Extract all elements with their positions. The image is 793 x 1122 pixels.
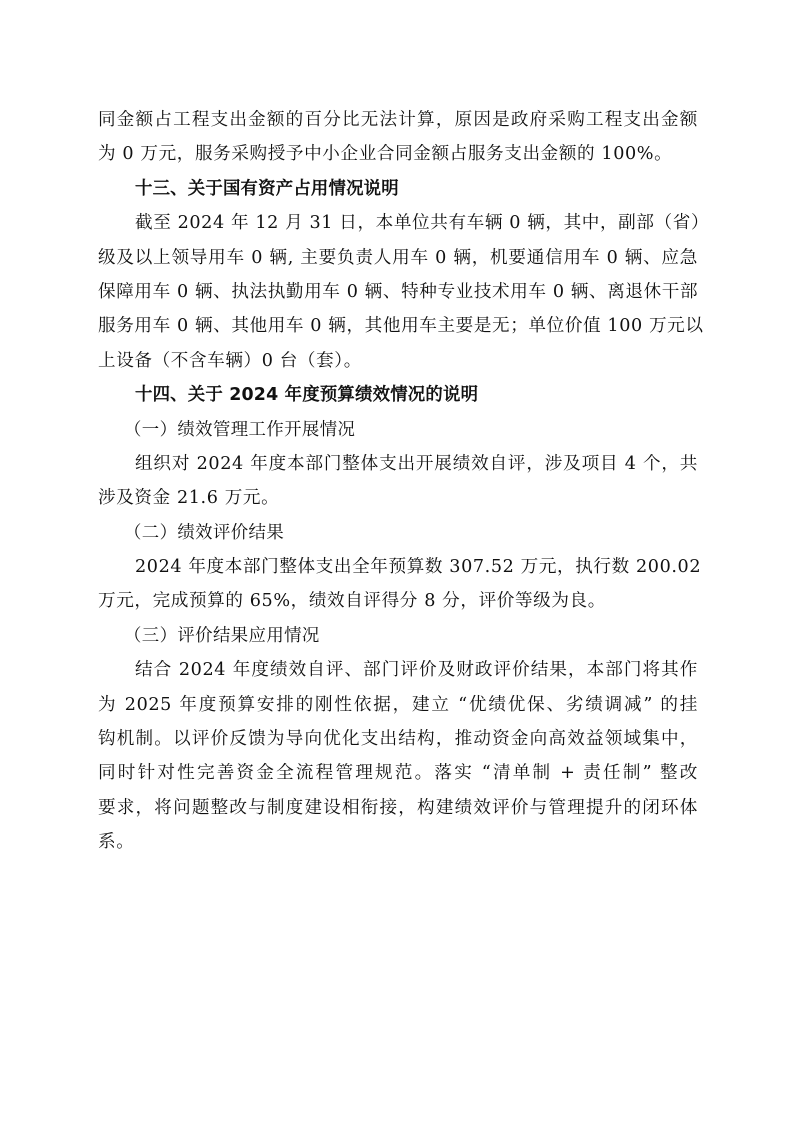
text-line: 涉及资金 21.6 万元。 (98, 481, 698, 515)
paragraph-state-assets: 截至 2024 年 12 月 31 日，本单位共有车辆 0 辆，其中，副部（省）… (98, 206, 698, 378)
text-line: 上设备（不含车辆）0 台（套）。 (98, 344, 698, 378)
text-line: 保障用车 0 辆、执法执勤用车 0 辆、特种专业技术用车 0 辆、离退休干部 (98, 275, 698, 309)
subsection-heading-14-2: （二）绩效评价结果 (98, 516, 698, 550)
text-line: 截至 2024 年 12 月 31 日，本单位共有车辆 0 辆，其中，副部（省） (98, 206, 698, 240)
subsection-heading-14-3: （三）评价结果应用情况 (98, 619, 698, 653)
subsection-heading-14-1: （一）绩效管理工作开展情况 (98, 413, 698, 447)
section-heading-14: 十四、关于 2024 年度预算绩效情况的说明 (98, 378, 698, 412)
text-line: 同时针对性完善资金全流程管理规范。落实 “清单制 + 责任制” 整改 (98, 756, 698, 790)
text-line: 万元，完成预算的 65%，绩效自评得分 8 分，评价等级为良。 (98, 584, 698, 618)
text-line: 钩机制。以评价反馈为导向优化支出结构，推动资金向高效益领域集中， (98, 722, 698, 756)
paragraph-performance-management: 组织对 2024 年度本部门整体支出开展绩效自评，涉及项目 4 个，共 涉及资金… (98, 447, 698, 516)
text-line: 级及以上领导用车 0 辆, 主要负责人用车 0 辆，机要通信用车 0 辆、应急 (98, 241, 698, 275)
text-line: 要求，将问题整改与制度建设相衔接，构建绩效评价与管理提升的闭环体 (98, 791, 698, 825)
text-line: 组织对 2024 年度本部门整体支出开展绩效自评，涉及项目 4 个，共 (98, 447, 698, 481)
text-line: 服务用车 0 辆、其他用车 0 辆，其他用车主要是无；单位价值 100 万元以 (98, 309, 698, 343)
text-line: 系。 (98, 825, 698, 859)
text-line: 结合 2024 年度绩效自评、部门评价及财政评价结果，本部门将其作 (98, 653, 698, 687)
text-line: 同金额占工程支出金额的百分比无法计算，原因是政府采购工程支出金额 (98, 103, 698, 137)
text-line: 为 0 万元，服务采购授予中小企业合同金额占服务支出金额的 100%。 (98, 137, 698, 171)
text-line: 2024 年度本部门整体支出全年预算数 307.52 万元，执行数 200.02 (98, 550, 698, 584)
section-heading-13: 十三、关于国有资产占用情况说明 (98, 172, 698, 206)
paragraph-results-application: 结合 2024 年度绩效自评、部门评价及财政评价结果，本部门将其作 为 2025… (98, 653, 698, 859)
text-line: 为 2025 年度预算安排的刚性依据，建立 “优绩优保、劣绩调减” 的挂 (98, 688, 698, 722)
paragraph-procurement-continued: 同金额占工程支出金额的百分比无法计算，原因是政府采购工程支出金额 为 0 万元，… (98, 103, 698, 172)
paragraph-evaluation-results: 2024 年度本部门整体支出全年预算数 307.52 万元，执行数 200.02… (98, 550, 698, 619)
document-page: 同金额占工程支出金额的百分比无法计算，原因是政府采购工程支出金额 为 0 万元，… (98, 103, 698, 860)
